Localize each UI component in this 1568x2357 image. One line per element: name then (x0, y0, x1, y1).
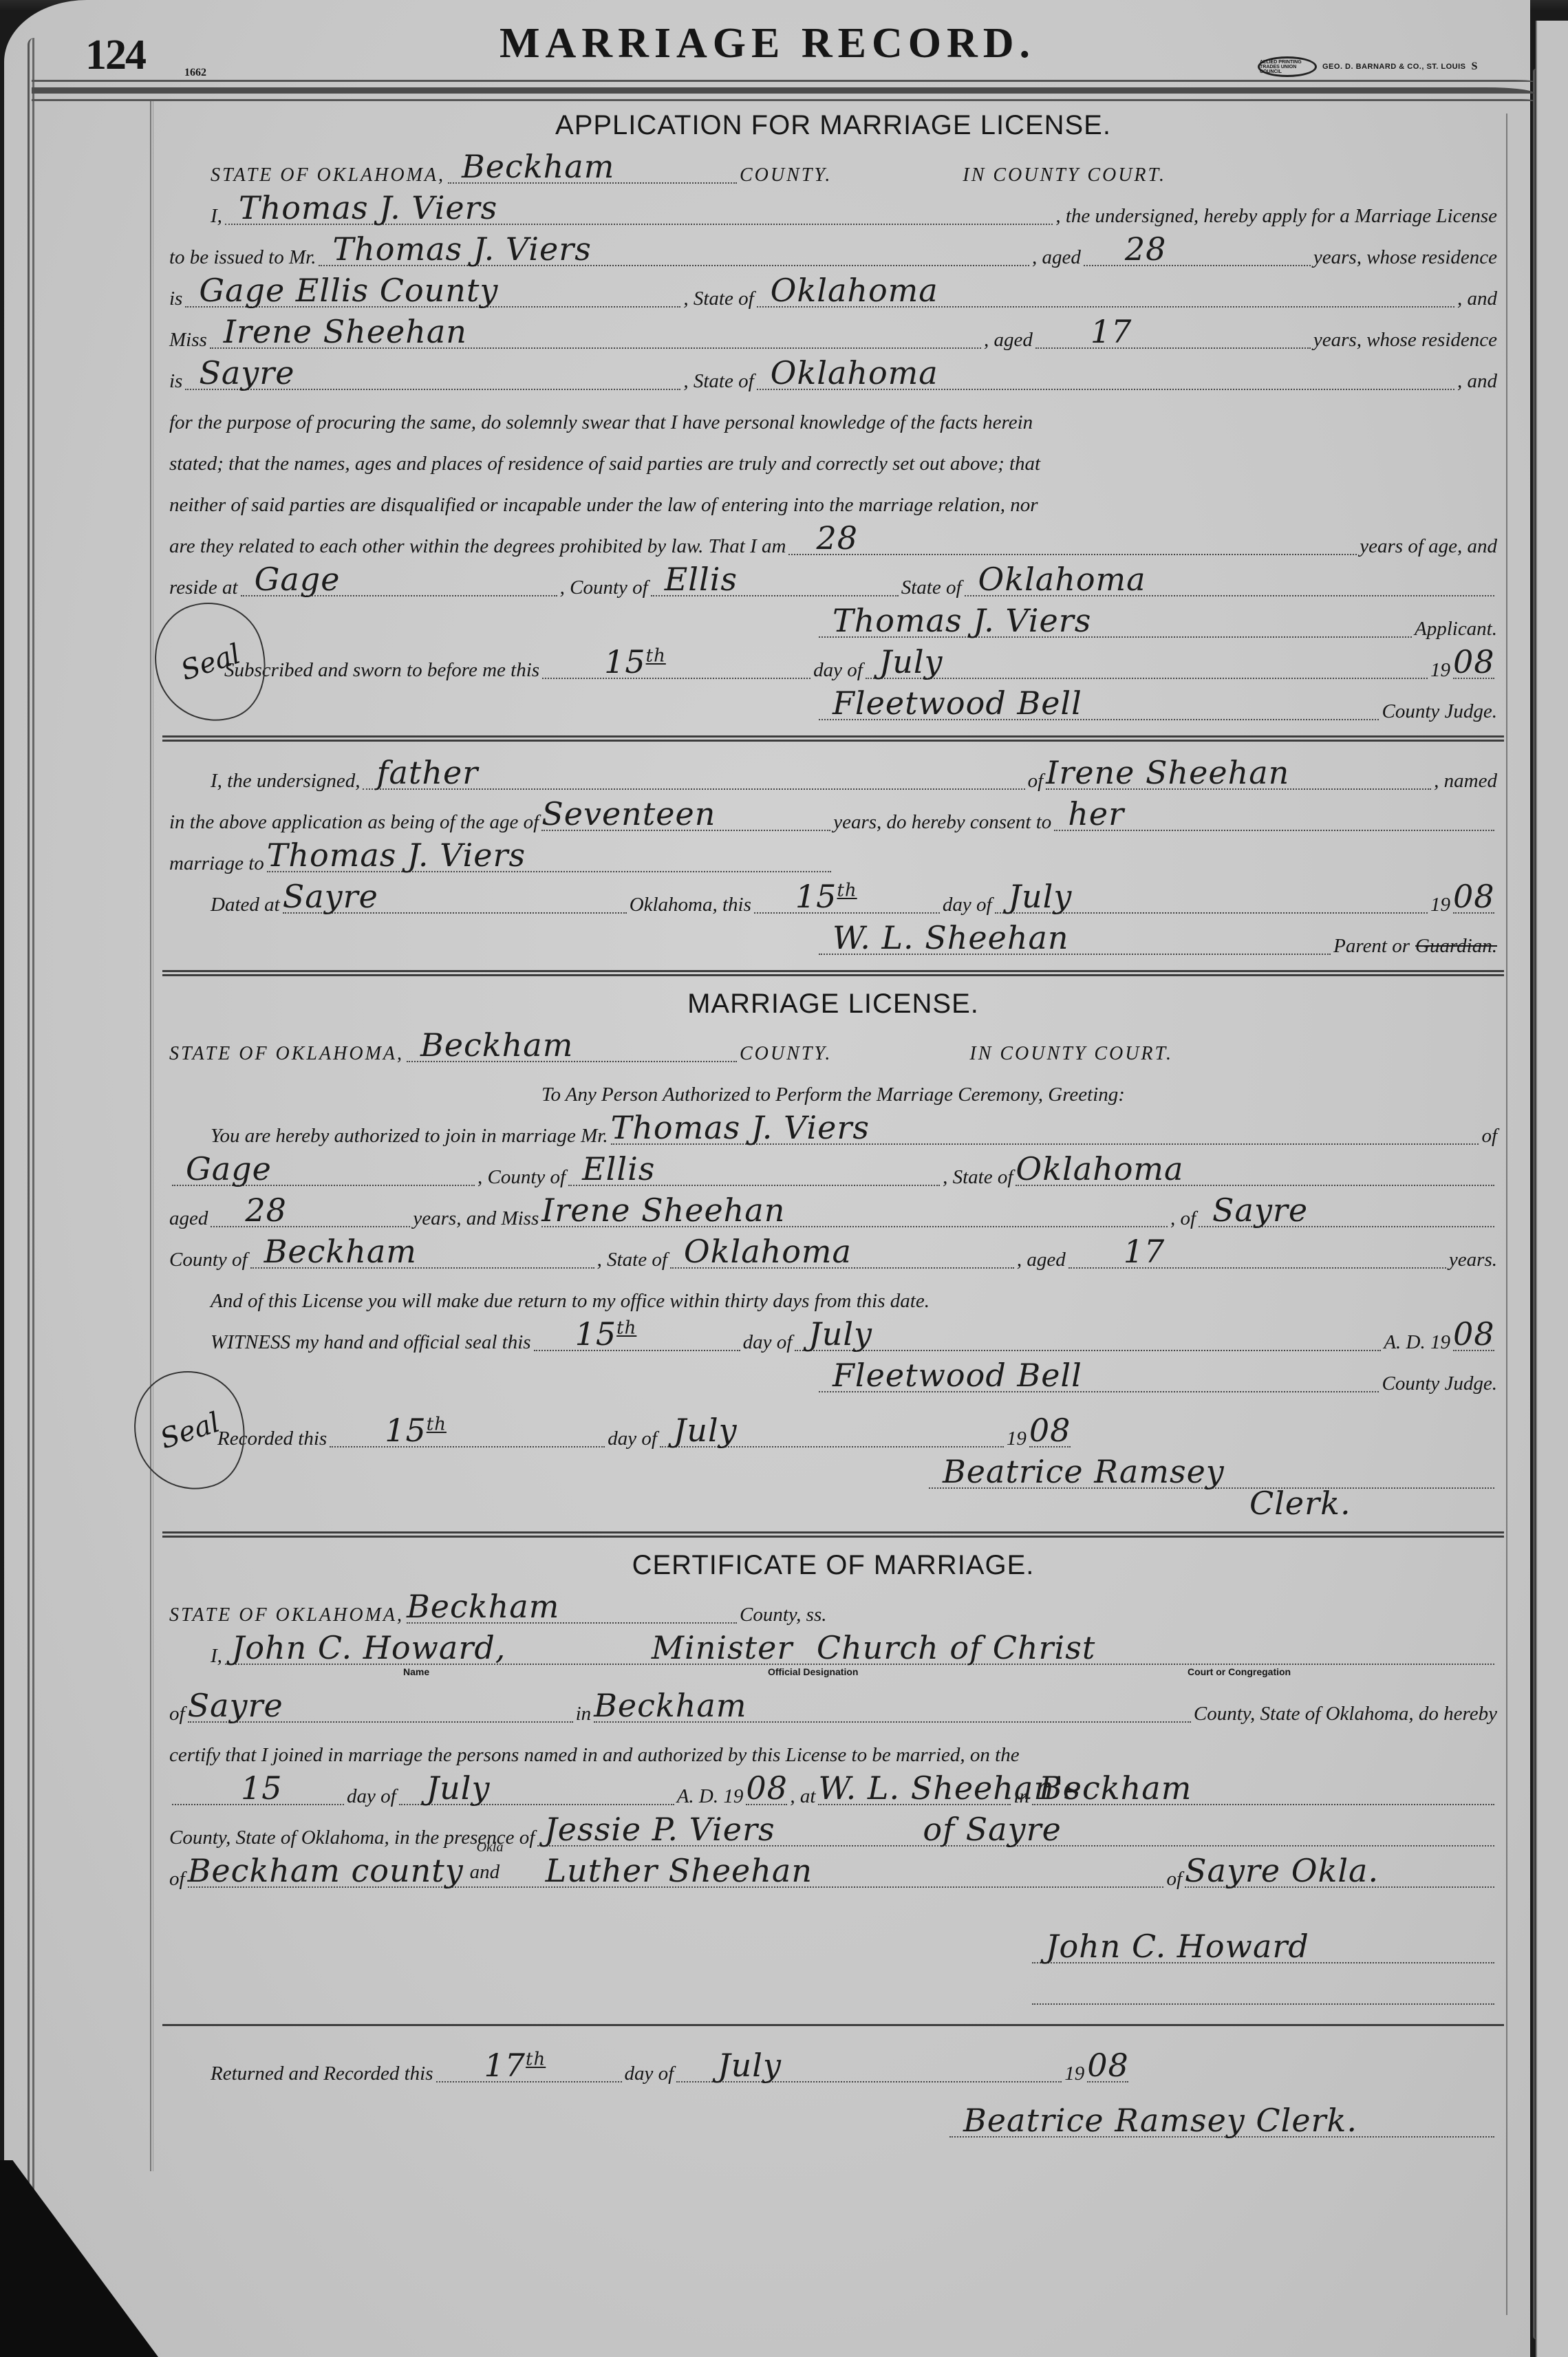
blank-signature-field (1032, 1963, 1494, 2005)
license-title: MARRIAGE LICENSE. (169, 989, 1497, 1020)
parental-consent-section: I, the undersigned, father of Irene Shee… (169, 754, 1497, 960)
marriage-county: Beckham (1039, 1769, 1192, 1807)
county-label: COUNTY. (740, 1043, 832, 1068)
certify-line: certify that I joined in marriage the pe… (169, 1728, 1497, 1769)
marriage-month-field: July (399, 1764, 674, 1805)
witness-line: WITNESS my hand and official seal this 1… (169, 1315, 1497, 1357)
groom-residence-line: is Gage Ellis County , State of Oklahoma… (169, 272, 1497, 313)
printer-mark: S (1472, 61, 1478, 73)
oath-line-2: stated; that the names, ages and places … (169, 437, 1497, 478)
union-label-icon: ALLIED PRINTING TRADES UNION COUNCIL (1258, 56, 1317, 77)
returned-day-field: 17th (436, 2041, 622, 2082)
officiant-town: Sayre (188, 1687, 283, 1724)
applicant-name: Thomas J. Viers (239, 189, 497, 226)
oath-text: for the purpose of procuring the same, d… (169, 411, 1033, 437)
record-title: MARRIAGE RECORD. (500, 19, 1035, 68)
sublabel-designation: Official Designation (768, 1666, 858, 1677)
license-state-line: STATE OF OKLAHOMA, Beckham COUNTY. IN CO… (169, 1026, 1497, 1068)
witness-month: July (808, 1315, 872, 1353)
marriage-to-label: marriage to (169, 852, 264, 878)
application-title: APPLICATION FOR MARRIAGE LICENSE. (169, 110, 1497, 141)
printer-name: GEO. D. BARNARD & CO., ST. LOUIS (1322, 63, 1466, 71)
oath-line-1: for the purpose of procuring the same, d… (169, 396, 1497, 437)
oath-text: stated; that the names, ages and places … (169, 453, 1040, 478)
bride-age: 17 (1091, 313, 1132, 350)
applicant-age: 28 (816, 519, 858, 557)
recorded-year-field: 08 (1029, 1392, 1071, 1447)
blank-signature-line (169, 1969, 1497, 2010)
groom-age-field: 28 (1084, 225, 1311, 266)
sworn-line: Seal Subscribed and sworn to before me t… (169, 643, 1497, 685)
oklahoma-this-label: Oklahoma, this (630, 894, 751, 919)
of-label: of (169, 1868, 185, 1893)
reside-at-label: reside at (169, 577, 238, 602)
license-groom-age-field: 28 (211, 1186, 410, 1227)
certificate-section: CERTIFICATE OF MARRIAGE. STATE OF OKLAHO… (169, 1550, 1497, 2143)
officiant-field: John C. Howard, Minister Church of Chris… (225, 1624, 1494, 1665)
printer-imprint: ALLIED PRINTING TRADES UNION COUNCIL GEO… (1258, 56, 1477, 77)
day-of-label: day of (608, 1428, 657, 1453)
return-notice-line: And of this License you will make due re… (169, 1274, 1497, 1315)
certificate-divider (162, 2024, 1504, 2026)
seal-text: Seal (156, 1406, 224, 1455)
groom-county-field: Ellis (568, 1145, 940, 1186)
applicant-line: I, Thomas J. Viers , the undersigned, he… (169, 189, 1497, 230)
margin-rule (150, 100, 153, 2171)
license-county-field: Beckham (407, 1021, 737, 1062)
bride-age-field: 17 (1035, 308, 1311, 349)
returned-line: Returned and Recorded this 17th day of J… (169, 2047, 1497, 2088)
marriage-year: 08 (746, 1769, 788, 1807)
license-bride-field: Irene Sheehan (541, 1186, 1168, 1227)
bride-state: Oklahoma (771, 354, 938, 391)
greeting-line: To Any Person Authorized to Perform the … (169, 1068, 1497, 1109)
applicant-residence-field: Gage (241, 555, 557, 596)
certificate-state-line: STATE OF OKLAHOMA, Beckham County, ss. (169, 1588, 1497, 1629)
section-divider (162, 735, 1504, 742)
dated-day: 15th (795, 878, 857, 915)
subscribed-label: Subscribed and sworn to before me this (224, 659, 539, 685)
bride-county-field: Beckham (250, 1227, 594, 1269)
and-label: and (470, 1861, 500, 1886)
applicant-name-field: Thomas J. Viers (225, 184, 1053, 225)
clerk-signature: Beatrice Ramsey (943, 1453, 1225, 1490)
pronoun: her (1068, 795, 1124, 832)
in-label: in (576, 1703, 592, 1728)
groom-name: Thomas J. Viers (332, 230, 591, 268)
recorded-year: 08 (1029, 1412, 1071, 1449)
ages-line: aged 28 years, and Miss Irene Sheehan , … (169, 1192, 1497, 1233)
marriage-license-section: MARRIAGE LICENSE. STATE OF OKLAHOMA, Bec… (169, 989, 1497, 1522)
returned-label: Returned and Recorded this (211, 2063, 433, 2088)
bride-location-line: County of Beckham , State of Oklahoma , … (169, 1233, 1497, 1274)
judge-signature-line: Fleetwood Bell County Judge. (169, 685, 1497, 726)
officiant-county-field: Beckham (594, 1681, 1191, 1723)
judge-label: County Judge. (1382, 1373, 1497, 1398)
sworn-day: 15th (604, 643, 666, 680)
license-judge-signature: Fleetwood Bell (833, 1357, 1082, 1394)
license-county: Beckham (420, 1026, 573, 1064)
clerk-title: Clerk. (1249, 1485, 1351, 1522)
groom-residence: Gage Ellis County (199, 272, 498, 309)
returned-day: 17th (484, 2047, 546, 2084)
oath-line-3: neither of said parties are disqualified… (169, 478, 1497, 519)
groom-residence-field: Gage Ellis County (185, 266, 680, 308)
dated-place: Sayre (283, 878, 378, 915)
license-judge-line: Fleetwood Bell County Judge. (169, 1357, 1497, 1398)
county-of-label: County of (169, 1249, 248, 1274)
returned-year: 08 (1087, 2047, 1129, 2084)
section-divider (162, 1531, 1504, 1538)
recorded-month: July (674, 1412, 738, 1449)
bride-residence: Sayre (199, 354, 294, 391)
returned-clerk-signature: Beatrice Ramsey Clerk. (963, 2102, 1357, 2139)
groom-location-line: Gage , County of Ellis , State of Oklaho… (169, 1150, 1497, 1192)
officiant-town-field: Sayre (188, 1681, 573, 1723)
and-label: , and (1457, 370, 1497, 396)
clerk-title-line: Clerk. (169, 1494, 1497, 1522)
license-bride-state: Oklahoma (684, 1233, 852, 1270)
witness1-field: Jessie P. Viers of Sayre (537, 1805, 1494, 1847)
section-divider (162, 970, 1504, 976)
marriage-day-field: 15 (172, 1764, 344, 1805)
license-groom-state: Oklahoma (1016, 1150, 1183, 1187)
license-groom-age: 28 (245, 1192, 287, 1229)
year-prefix: 19 (1430, 894, 1450, 919)
license-bride-age-field: 17 (1068, 1227, 1446, 1269)
relation: father (376, 754, 478, 791)
certificate-county: Beckham (407, 1588, 559, 1625)
is-label: is (169, 370, 182, 396)
sworn-year: 08 (1453, 643, 1495, 680)
parent-signature: W. L. Sheehan (833, 919, 1069, 956)
certificate-title: CERTIFICATE OF MARRIAGE. (169, 1550, 1497, 1581)
dated-place-field: Sayre (283, 872, 627, 914)
dated-month: July (1009, 878, 1073, 915)
day-of-label: day of (743, 1331, 793, 1357)
consent-line-3: marriage to Thomas J. Viers (169, 837, 1497, 878)
clerk-signature-field: Beatrice Ramsey (929, 1447, 1494, 1489)
officiant-signature: John C. Howard (1046, 1928, 1309, 1965)
groom-town-field: Gage (172, 1145, 475, 1186)
license-groom-field: Thomas J. Viers (611, 1104, 1479, 1145)
bride-county: Beckham (264, 1233, 417, 1270)
dated-day-field: 15th (754, 872, 940, 914)
marriage-day: 15 (241, 1769, 283, 1807)
guardian-label-struck: Guardian. (1415, 935, 1497, 960)
day-of-label: day of (625, 2063, 674, 2088)
bride-residence-field: Sayre (185, 349, 680, 390)
returned-month-field: July (676, 2041, 1062, 2082)
witness-year: 08 (1453, 1315, 1495, 1353)
aged-label: aged (169, 1207, 208, 1233)
i-label: I, (211, 205, 222, 230)
dated-year: 08 (1453, 878, 1495, 915)
groom-line: to be issued to Mr. Thomas J. Viers , ag… (169, 230, 1497, 272)
witness-month-field: July (795, 1310, 1381, 1351)
of-label: of (1028, 770, 1044, 795)
license-bride-age: 17 (1124, 1233, 1166, 1270)
officiant-name: John C. Howard, (232, 1629, 506, 1666)
page-number: 124 (85, 31, 145, 80)
consent-date-line: Dated at Sayre Oklahoma, this 15th day o… (169, 878, 1497, 919)
witness2-residence-field: Sayre Okla. (1185, 1847, 1494, 1888)
recorded-day-field: 15th (330, 1392, 605, 1447)
child-name: Irene Sheehan (1046, 754, 1289, 791)
marriage-place-field: W. L. Sheehan's (818, 1764, 1011, 1805)
pronoun-field: her (1054, 790, 1494, 831)
county-field: Beckham (448, 142, 737, 184)
marriage-year-field: 08 (746, 1764, 787, 1805)
groom-state-field: Oklahoma (757, 266, 1454, 308)
marriage-county-field: Beckham (1032, 1764, 1494, 1805)
parent-signature-field: W. L. Sheehan (819, 914, 1331, 955)
consent-line-1: I, the undersigned, father of Irene Shee… (169, 754, 1497, 795)
form-content: APPLICATION FOR MARRIAGE LICENSE. STATE … (169, 110, 1497, 2143)
recorded-month-field: July (660, 1392, 1004, 1447)
state-prefix: STATE OF OKLAHOMA, (169, 1043, 404, 1068)
relation-field: father (363, 749, 1024, 790)
recorded-line: Seal Recorded this 15th day of July 19 0… (169, 1398, 1497, 1453)
i-label: I, (211, 1645, 222, 1670)
officiant-location-line: of Sayre in Beckham County, State of Okl… (169, 1687, 1497, 1728)
license-bride: Irene Sheehan (541, 1192, 785, 1229)
witness2-field: Beckham county Okla and Luther Sheehan (188, 1847, 1164, 1888)
witness2-residence: Sayre Okla. (1185, 1852, 1379, 1889)
applicant-residence-line: reside at Gage , County of Ellis State o… (169, 561, 1497, 602)
witness1-residence: of Sayre (923, 1811, 1061, 1848)
page-border-left (28, 38, 34, 2308)
judge-signature: Fleetwood Bell (833, 685, 1082, 722)
sworn-year-field: 08 (1453, 638, 1494, 679)
license-groom: Thomas J. Viers (611, 1109, 870, 1146)
consent-label: years, do hereby consent to (833, 811, 1051, 837)
judge-signature-field: Fleetwood Bell (819, 679, 1379, 720)
officiant-signature-field: John C. Howard (1032, 1888, 1494, 1963)
applicant-state: Oklahoma (978, 561, 1146, 598)
child-age: Seventeen (541, 795, 716, 832)
groom-town: Gage (186, 1150, 272, 1187)
county-value: Beckham (462, 148, 614, 185)
bride-line: Miss Irene Sheehan , aged 17 years, whos… (169, 313, 1497, 354)
undersigned-label: I, the undersigned, (211, 770, 360, 795)
parent-signature-line: W. L. Sheehan Parent or Guardian. (169, 919, 1497, 960)
applicant-state-field: Oklahoma (965, 555, 1495, 596)
returned-month: July (718, 2047, 782, 2084)
witness2-line: of Beckham county Okla and Luther Sheeha… (169, 1852, 1497, 1893)
groom-age: 28 (1125, 230, 1167, 268)
applicant-signature: Thomas J. Viers (833, 602, 1091, 639)
child-age-field: Seventeen (541, 790, 830, 831)
bride-name-field: Irene Sheehan (210, 308, 981, 349)
groom-county: Ellis (582, 1150, 655, 1187)
is-label: is (169, 288, 182, 313)
state-of-label: , State of (597, 1249, 667, 1274)
year-prefix: 19 (1430, 659, 1450, 685)
certificate-county-field: Beckham (407, 1582, 737, 1624)
sworn-month: July (879, 643, 943, 680)
license-groom-state-field: Oklahoma (1016, 1145, 1494, 1186)
application-state-line: STATE OF OKLAHOMA, Beckham COUNTY. IN CO… (169, 148, 1497, 189)
groom-name-field: Thomas J. Viers (319, 225, 1029, 266)
applicant-county: Ellis (665, 561, 738, 598)
groom-state: Oklahoma (771, 272, 938, 309)
officiant-designation: Minister (652, 1629, 793, 1666)
returned-year-field: 08 (1087, 2041, 1128, 2082)
child-name-field: Irene Sheehan (1046, 749, 1431, 790)
and-label: , and (1457, 288, 1497, 313)
sublabel-congregation: Court or Congregation (1188, 1666, 1291, 1677)
officiant-signature-line: John C. Howard (169, 1893, 1497, 1969)
application-section: APPLICATION FOR MARRIAGE LICENSE. STATE … (169, 110, 1497, 726)
applicant-age-field: 28 (788, 514, 1357, 555)
day-of-label: day of (347, 1785, 396, 1811)
returned-clerk-line: Beatrice Ramsey Clerk. (169, 2088, 1497, 2143)
header-rule-band (32, 80, 1535, 102)
witness-label: WITNESS my hand and official seal this (211, 1331, 531, 1357)
of-label: of (169, 1703, 185, 1728)
years-label: years. (1449, 1249, 1497, 1274)
parent-label: Parent or (1333, 935, 1410, 960)
applicant-age-line: are they related to each other within th… (169, 519, 1497, 561)
sworn-day-field: 15th (542, 638, 810, 679)
spouse-name-field: Thomas J. Viers (267, 831, 831, 872)
aged-label: , aged (1017, 1249, 1066, 1274)
witness1-name: Jessie P. Viers (544, 1811, 775, 1848)
bride-residence-line: is Sayre , State of Oklahoma , and (169, 354, 1497, 396)
bride-town-field: Sayre (1199, 1186, 1494, 1227)
dated-month-field: July (995, 872, 1428, 914)
witness-day: 15th (575, 1315, 637, 1353)
returned-clerk-field: Beatrice Ramsey Clerk. (949, 2082, 1494, 2138)
adjacent-page-edge (1536, 21, 1568, 2357)
presence-line: County, State of Oklahoma, in the presen… (169, 1811, 1497, 1852)
ad-label: A. D. 19 (1384, 1331, 1450, 1357)
county-state-label: County, State of Oklahoma, do hereby (1194, 1703, 1497, 1728)
witness-year-field: 08 (1453, 1310, 1494, 1351)
applicant-signature-line: Thomas J. Viers Applicant. (169, 602, 1497, 643)
marriage-date-line: 15 day of July A. D. 19 08 , at W. L. Sh… (169, 1769, 1497, 1811)
witness1-state-note: Okla (477, 1840, 504, 1855)
applicant-signature-field: Thomas J. Viers (819, 596, 1412, 638)
right-margin-rule (1506, 114, 1509, 2315)
license-judge-field: Fleetwood Bell (819, 1351, 1379, 1392)
spouse-name: Thomas J. Viers (267, 837, 526, 874)
officiant-line: I, John C. Howard, Minister Church of Ch… (169, 1629, 1497, 1670)
state-of-label: , State of (683, 370, 753, 396)
sworn-month-field: July (866, 638, 1428, 679)
sublabel-name: Name (403, 1666, 429, 1677)
officiant-county: Beckham (594, 1687, 747, 1724)
license-bride-state-field: Oklahoma (670, 1227, 1014, 1269)
dated-year-field: 08 (1453, 872, 1494, 914)
witness1-county: Beckham county (188, 1852, 464, 1889)
applicant-county-field: Ellis (651, 555, 899, 596)
witness2-name: Luther Sheehan (546, 1852, 813, 1889)
seal-text: Seal (177, 638, 244, 687)
marriage-month: July (427, 1769, 491, 1807)
county-of-label: , County of (560, 577, 648, 602)
officiant-congregation: Church of Christ (817, 1629, 1095, 1666)
authorized-line: You are hereby authorized to join in mar… (169, 1109, 1497, 1150)
bride-town: Sayre (1212, 1192, 1308, 1229)
applicant-residence: Gage (255, 561, 341, 598)
dated-at-label: Dated at (211, 894, 280, 919)
bride-name: Irene Sheehan (224, 313, 467, 350)
form-number: 1662 (184, 67, 206, 79)
ledger-page: 124 1662 MARRIAGE RECORD. ALLIED PRINTIN… (4, 0, 1530, 2357)
court-label: IN COUNTY COURT. (969, 1043, 1173, 1068)
witness-day-field: 15th (534, 1310, 740, 1351)
bride-state-field: Oklahoma (757, 349, 1454, 390)
recorded-day: 15th (385, 1412, 447, 1449)
consent-line-2: in the above application as being of the… (169, 795, 1497, 837)
union-label-text: ALLIED PRINTING TRADES UNION COUNCIL (1260, 60, 1315, 74)
judge-label: County Judge. (1382, 700, 1497, 726)
